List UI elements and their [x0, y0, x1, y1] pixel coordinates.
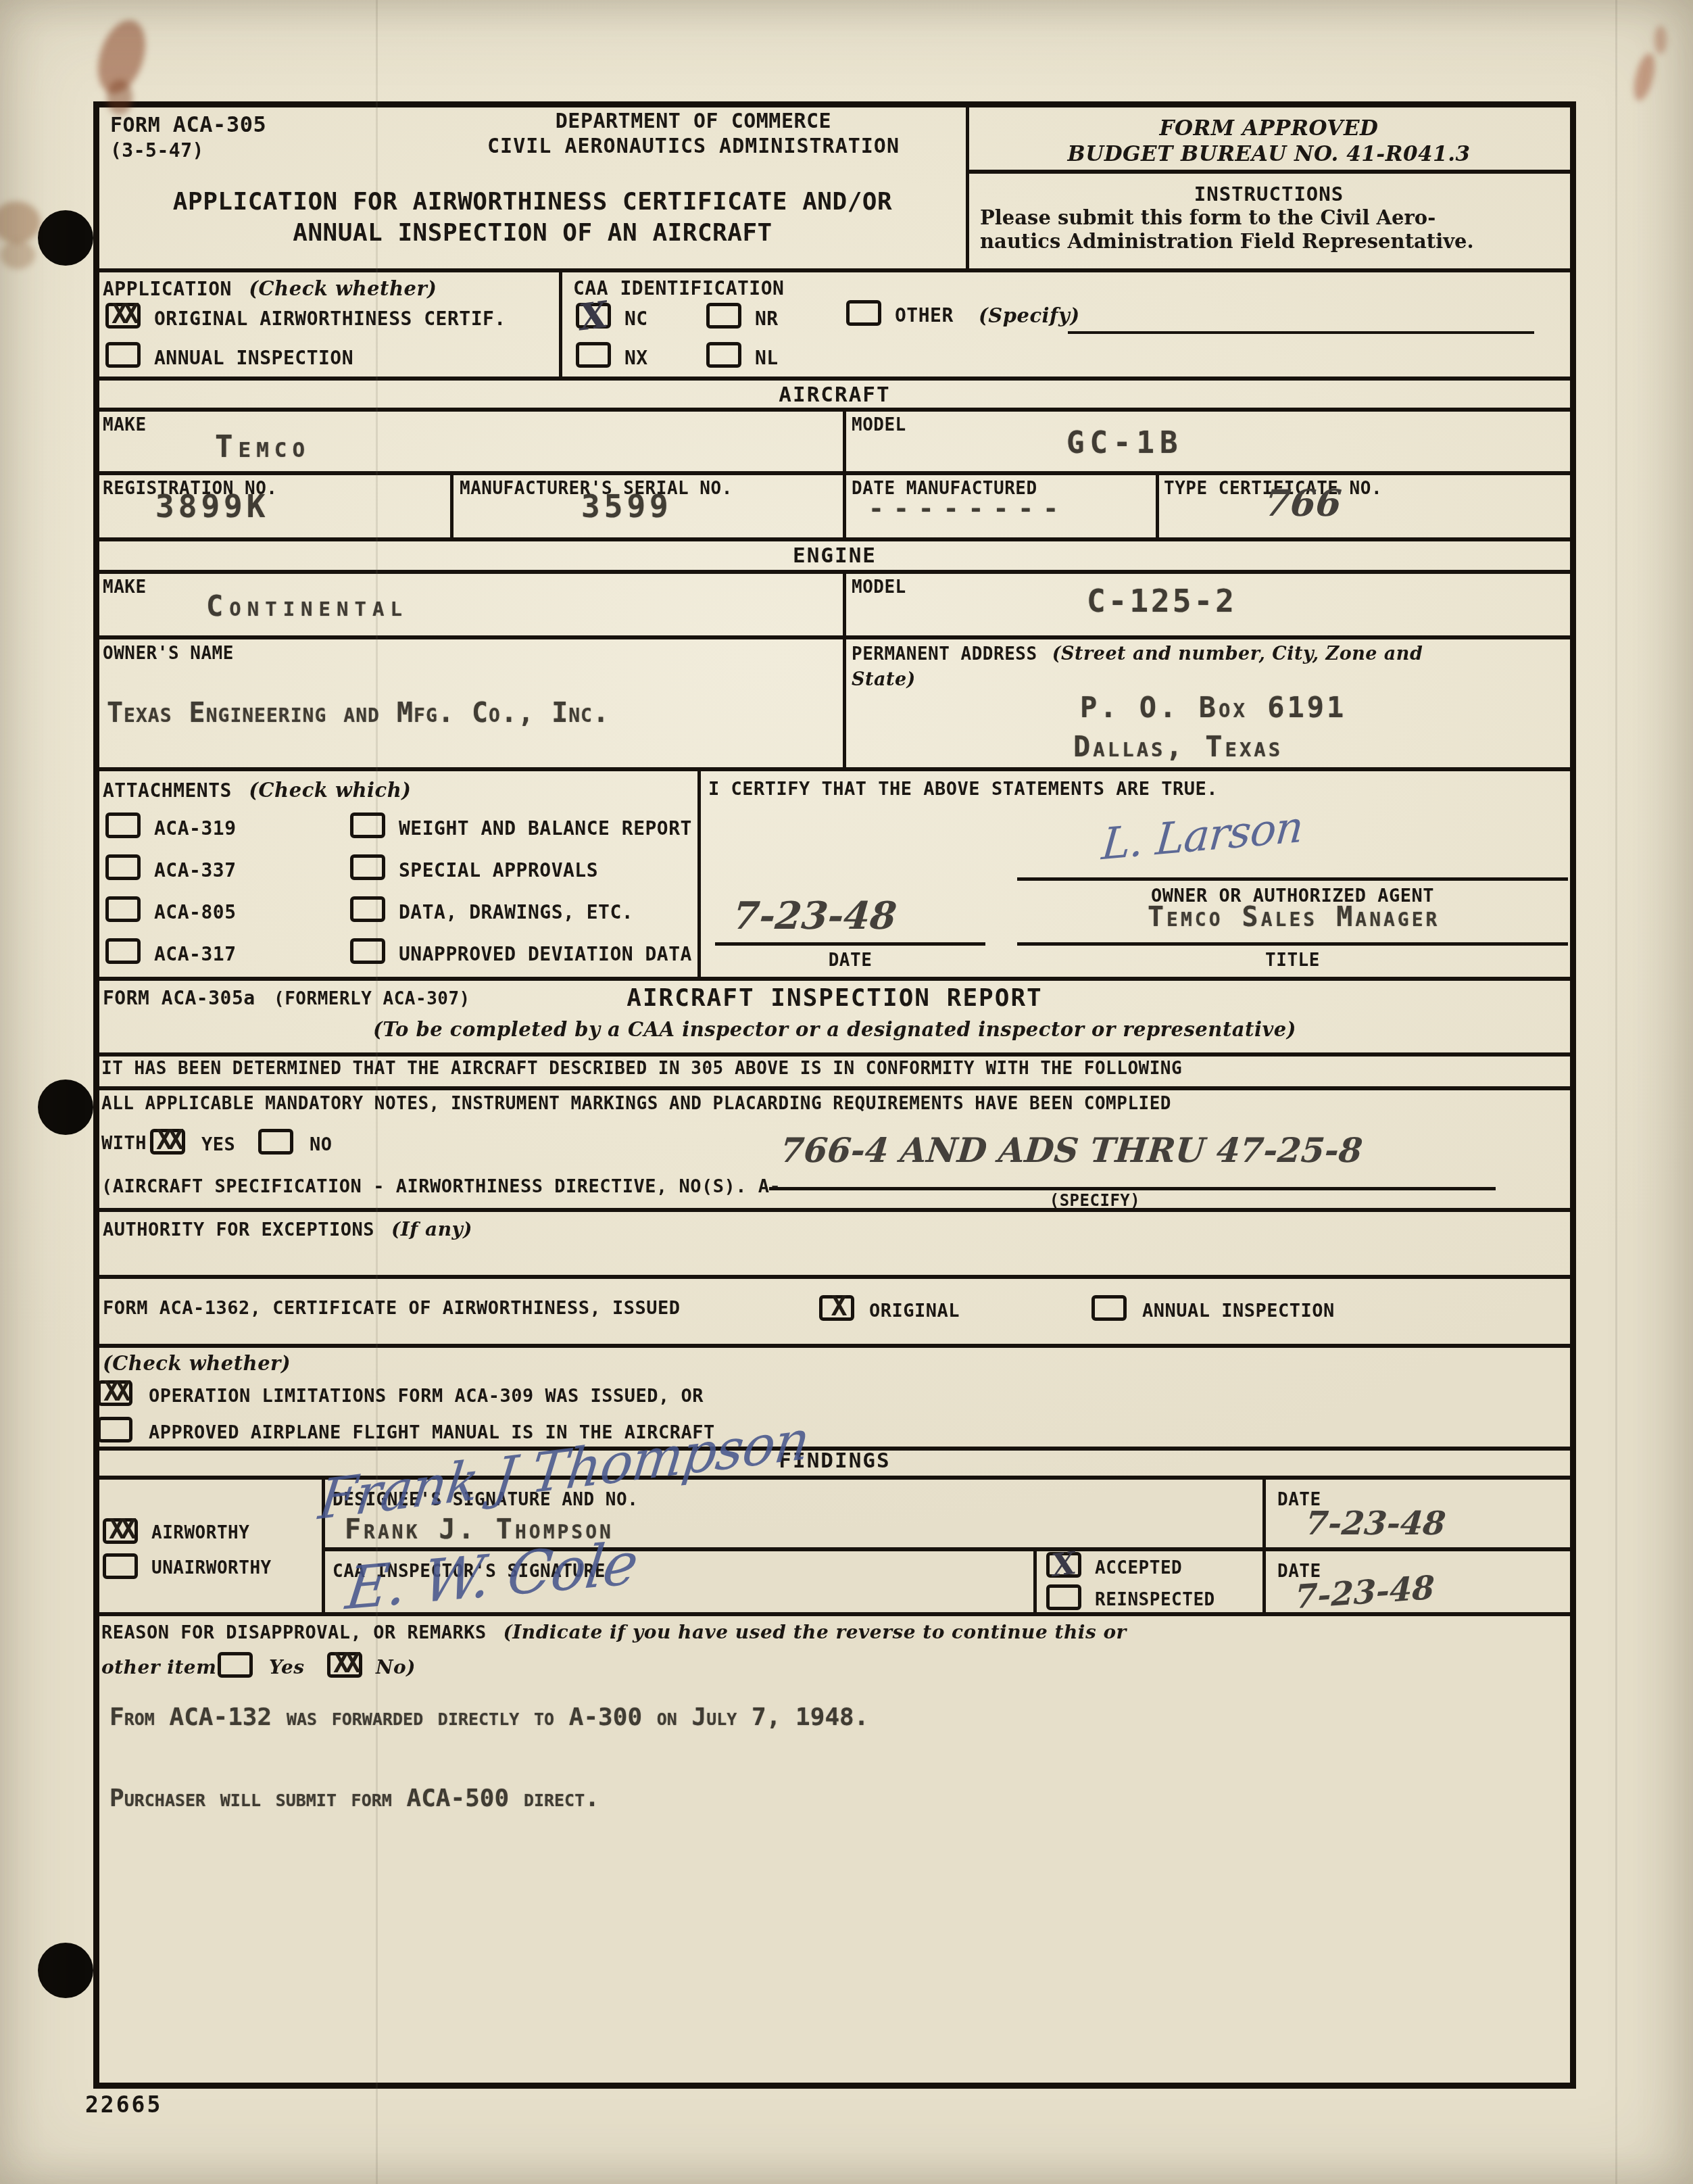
form-number: FORM ACA-305 [110, 112, 266, 137]
checkbox-nl[interactable] [706, 342, 741, 368]
rule-line [99, 1344, 1570, 1348]
specify-caption: (SPECIFY) [960, 1191, 1230, 1210]
rule-line [99, 1052, 1570, 1057]
rule-line [843, 572, 846, 636]
serial-value: 3599 [581, 488, 672, 525]
check-mark: X [818, 1291, 856, 1322]
reinspected-label: REINSPECTED [1095, 1590, 1215, 1610]
remarks-label-text: REASON FOR DISAPPROVAL, OR REMARKS [101, 1622, 487, 1643]
weight-balance-label: WEIGHT AND BALANCE REPORT [399, 817, 692, 840]
rule-line [99, 570, 1570, 574]
aircraft-model-label: MODEL [852, 415, 906, 435]
agency-line-2: CIVIL AERONAUTICS ADMINISTRATION [419, 135, 968, 158]
authority-note: (If any) [391, 1218, 472, 1240]
remarks-yes-label: Yes [269, 1656, 305, 1678]
checkbox-data-drawings[interactable] [350, 896, 385, 922]
checkbox-nx[interactable] [576, 342, 611, 368]
nr-label: NR [755, 308, 779, 330]
spec-directive-blank[interactable] [769, 1187, 1496, 1190]
spec-directive-label: (AIRCRAFT SPECIFICATION - AIRWORTHINESS … [101, 1176, 781, 1197]
spec-directive-value: 766-4 AND ADS THRU 47-25-8 [779, 1130, 1364, 1170]
remarks-body-line-1: From ACA-132 was forwarded directly to A… [109, 1703, 868, 1731]
page-title-line-2: ANNUAL INSPECTION OF AN AIRCRAFT [99, 219, 966, 247]
ink-stain [0, 201, 41, 243]
agency-line-1: DEPARTMENT OF COMMERCE [419, 110, 968, 133]
form-approved-line-1: FORM APPROVED [968, 116, 1570, 141]
operation-limitations-label: OPERATION LIMITATIONS FORM ACA-309 WAS I… [149, 1386, 704, 1407]
attachments-section-label: ATTACHMENTS (Check which) [103, 779, 412, 802]
application-section-label: APPLICATION (Check whether) [103, 277, 437, 300]
inspection-report-subtitle: (To be completed by a CAA inspector or a… [99, 1018, 1570, 1041]
aircraft-make-label: MAKE [103, 415, 147, 435]
form-approved-line-2: BUDGET BUREAU NO. 41-R041.3 [968, 142, 1570, 166]
rule-line [697, 769, 701, 977]
check-mark: XX [96, 1376, 134, 1407]
rule-line [99, 1086, 1570, 1090]
permanent-address-label: PERMANENT ADDRESS (Street and number, Ci… [852, 644, 1423, 664]
rule-line [1156, 473, 1159, 538]
remarks-body-line-2: Purchaser will submit form ACA-500 direc… [109, 1785, 599, 1812]
checkbox-aca-317[interactable] [105, 938, 141, 964]
form-revision-date: (3-5-47) [110, 139, 204, 162]
title-caption: TITLE [1017, 950, 1568, 971]
checkbox-weight-balance[interactable] [350, 812, 385, 838]
rule-line [99, 1275, 1570, 1279]
certify-statement: I CERTIFY THAT THE ABOVE STATEMENTS ARE … [708, 779, 1218, 800]
check-mark: X [1043, 1544, 1085, 1584]
aca-805-label: ACA-805 [154, 901, 237, 923]
engine-make-value: Continental [206, 589, 408, 623]
nc-label: NC [624, 308, 648, 330]
ink-stain [1630, 51, 1659, 103]
airworthy-label: AIRWORTHY [151, 1523, 249, 1543]
checkbox-remarks-no[interactable]: XX [327, 1652, 362, 1678]
attachments-label: ATTACHMENTS [103, 779, 232, 802]
complied-yes-label: YES [201, 1134, 235, 1155]
ink-stain [0, 241, 35, 269]
rule-line [843, 637, 846, 768]
check-mark: XX [326, 1648, 364, 1679]
rule-line [99, 408, 1570, 412]
attachments-note: (Check which) [249, 779, 411, 802]
application-label: APPLICATION [103, 278, 232, 300]
nx-label: NX [624, 347, 648, 369]
rule-line [968, 170, 1570, 174]
stamp-number: 22665 [85, 2091, 162, 2118]
authority-exceptions-label: AUTHORITY FOR EXCEPTIONS (If any) [103, 1218, 472, 1240]
form-number-value: ACA-305 [173, 112, 266, 137]
accepted-label: ACCEPTED [1095, 1558, 1182, 1578]
other-specify-blank[interactable] [1068, 331, 1534, 334]
check-mark: X [572, 292, 614, 339]
checkbox-issued-annual[interactable] [1091, 1295, 1127, 1321]
address-note-line-1: (Street and number, City, Zone and [1052, 644, 1423, 664]
remarks-note-line-2: other item [101, 1656, 216, 1678]
checkbox-special-approvals[interactable] [350, 854, 385, 880]
checkbox-accepted[interactable]: X [1046, 1552, 1081, 1578]
compliance-line-1: ALL APPLICABLE MANDATORY NOTES, INSTRUME… [101, 1094, 1171, 1114]
instructions-title: INSTRUCTIONS [968, 183, 1570, 205]
punch-hole [38, 1079, 93, 1135]
signature-blank[interactable] [1017, 877, 1568, 881]
ink-stain [107, 80, 132, 115]
application-note: (Check whether) [249, 277, 437, 300]
other-label: OTHER [895, 304, 954, 326]
engine-section-title: ENGINE [99, 543, 1570, 568]
rule-line [99, 767, 1570, 771]
remarks-label-line-1: REASON FOR DISAPPROVAL, OR REMARKS (Indi… [101, 1621, 1127, 1643]
unairworthy-label: UNAIRWORTHY [151, 1558, 272, 1578]
original-airworthiness-label: ORIGINAL AIRWORTHINESS CERTIF. [154, 308, 506, 330]
scanned-form-page: FORM ACA-305 (3-5-47) DEPARTMENT OF COMM… [0, 0, 1693, 2184]
nl-label: NL [755, 347, 779, 369]
page-title-line-1: APPLICATION FOR AIRWORTHINESS CERTIFICAT… [99, 188, 966, 216]
registration-value: 3899K [155, 488, 269, 525]
owner-name-label: OWNER'S NAME [103, 644, 234, 664]
issued-annual-label: ANNUAL INSPECTION [1142, 1301, 1335, 1321]
address-label-text: PERMANENT ADDRESS [852, 644, 1037, 664]
owner-name-value: Texas Engineering and Mfg. Co., Inc. [107, 698, 610, 729]
aircraft-section-title: AIRCRAFT [99, 383, 1570, 407]
rule-line [99, 1612, 1570, 1616]
certification-date-value: 7-23-48 [731, 894, 898, 938]
checkbox-issued-original[interactable]: X [819, 1295, 854, 1321]
findings-section-title: FINDINGS [99, 1449, 1570, 1473]
rule-line [99, 1476, 1570, 1480]
inspection-report-title: AIRCRAFT INSPECTION REPORT [99, 984, 1570, 1012]
aircraft-model-value: GC-1B [1066, 426, 1183, 460]
complied-no-label: NO [310, 1134, 333, 1155]
checkbox-reinspected[interactable] [1046, 1584, 1081, 1610]
engine-model-label: MODEL [852, 577, 906, 598]
data-drawings-label: DATA, DRAWINGS, ETC. [399, 901, 633, 923]
ink-stain [1654, 26, 1667, 54]
annual-inspection-label: ANNUAL INSPECTION [154, 347, 353, 369]
issued-original-label: ORIGINAL [869, 1301, 960, 1321]
checkbox-complied-no[interactable] [258, 1129, 293, 1155]
check-mark: XX [149, 1125, 187, 1156]
rule-line [99, 635, 1570, 639]
rule-line [99, 268, 1570, 272]
certificate-issued-label: FORM ACA-1362, CERTIFICATE OF AIRWORTHIN… [103, 1298, 681, 1319]
checkbox-flight-manual[interactable] [97, 1417, 132, 1442]
rule-line [99, 377, 1570, 381]
date-blank[interactable] [715, 942, 985, 946]
checkbox-unairworthy[interactable] [103, 1553, 138, 1579]
rule-line [1262, 1478, 1266, 1613]
special-approvals-label: SPECIAL APPROVALS [399, 859, 598, 881]
rule-line [843, 410, 846, 472]
checkbox-operation-limitations[interactable]: XX [97, 1380, 132, 1406]
check-mark: XX [101, 1514, 139, 1545]
checkbox-original-airworthiness[interactable]: XX [105, 303, 141, 329]
rule-line [99, 977, 1570, 981]
rule-line [99, 471, 1570, 475]
rule-line [99, 537, 1570, 541]
engine-model-value: C-125-2 [1087, 583, 1237, 619]
address-note-line-2: State) [852, 669, 916, 690]
rule-line [559, 270, 562, 377]
aca-317-label: ACA-317 [154, 943, 237, 965]
rule-line [1033, 1549, 1037, 1613]
date-manufactured-value: -------- [868, 493, 1068, 523]
determination-text: IT HAS BEEN DETERMINED THAT THE AIRCRAFT… [101, 1059, 1182, 1079]
address-value-line-1: P. O. Box 6191 [1080, 691, 1346, 724]
certification-title-value: Temco Sales Manager [1148, 902, 1440, 933]
findings-date1-value: 7-23-48 [1304, 1505, 1448, 1543]
rule-line [99, 1208, 1570, 1212]
checkbox-remarks-yes[interactable] [218, 1652, 253, 1678]
aircraft-make-value: Temco [215, 430, 310, 464]
remarks-note-line-1: (Indicate if you have used the reverse t… [503, 1621, 1126, 1643]
checkbox-nr[interactable] [706, 303, 741, 329]
engine-make-label: MAKE [103, 577, 147, 598]
compliance-line-2: WITH [101, 1133, 147, 1154]
type-certificate-value: 766 [1263, 481, 1343, 525]
checkbox-annual-inspection[interactable] [105, 342, 141, 368]
checkbox-aca-805[interactable] [105, 896, 141, 922]
checkbox-complied-yes[interactable]: XX [150, 1129, 185, 1155]
form-number-label: FORM [110, 114, 160, 137]
rule-line [843, 473, 846, 538]
checkbox-unapproved-deviation[interactable] [350, 938, 385, 964]
authority-label-text: AUTHORITY FOR EXCEPTIONS [103, 1219, 374, 1240]
punch-hole [38, 1943, 93, 1998]
checkbox-aca-319[interactable] [105, 812, 141, 838]
instructions-line-1: Please submit this form to the Civil Aer… [980, 206, 1436, 229]
aca-337-label: ACA-337 [154, 859, 237, 881]
title-blank[interactable] [1017, 942, 1568, 946]
unapproved-deviation-label: UNAPPROVED DEVIATION DATA [399, 943, 692, 965]
paper-crease [1615, 0, 1617, 2184]
punch-hole [38, 210, 93, 266]
date-caption: DATE [715, 950, 985, 971]
instructions-line-2: nautics Administration Field Representat… [980, 230, 1474, 253]
remarks-no-label: No) [376, 1656, 416, 1678]
checkbox-airworthy[interactable]: XX [103, 1518, 138, 1544]
check-mark: XX [104, 299, 142, 330]
checkbox-aca-337[interactable] [105, 854, 141, 880]
check-whether-note: (Check whether) [103, 1352, 291, 1375]
aca-319-label: ACA-319 [154, 817, 237, 840]
rule-line [450, 473, 453, 538]
other-specify-note: (Specify) [979, 304, 1080, 327]
checkbox-nc[interactable]: X [576, 303, 611, 329]
address-value-line-2: Dallas, Texas [1073, 730, 1283, 763]
checkbox-other[interactable] [846, 300, 881, 326]
